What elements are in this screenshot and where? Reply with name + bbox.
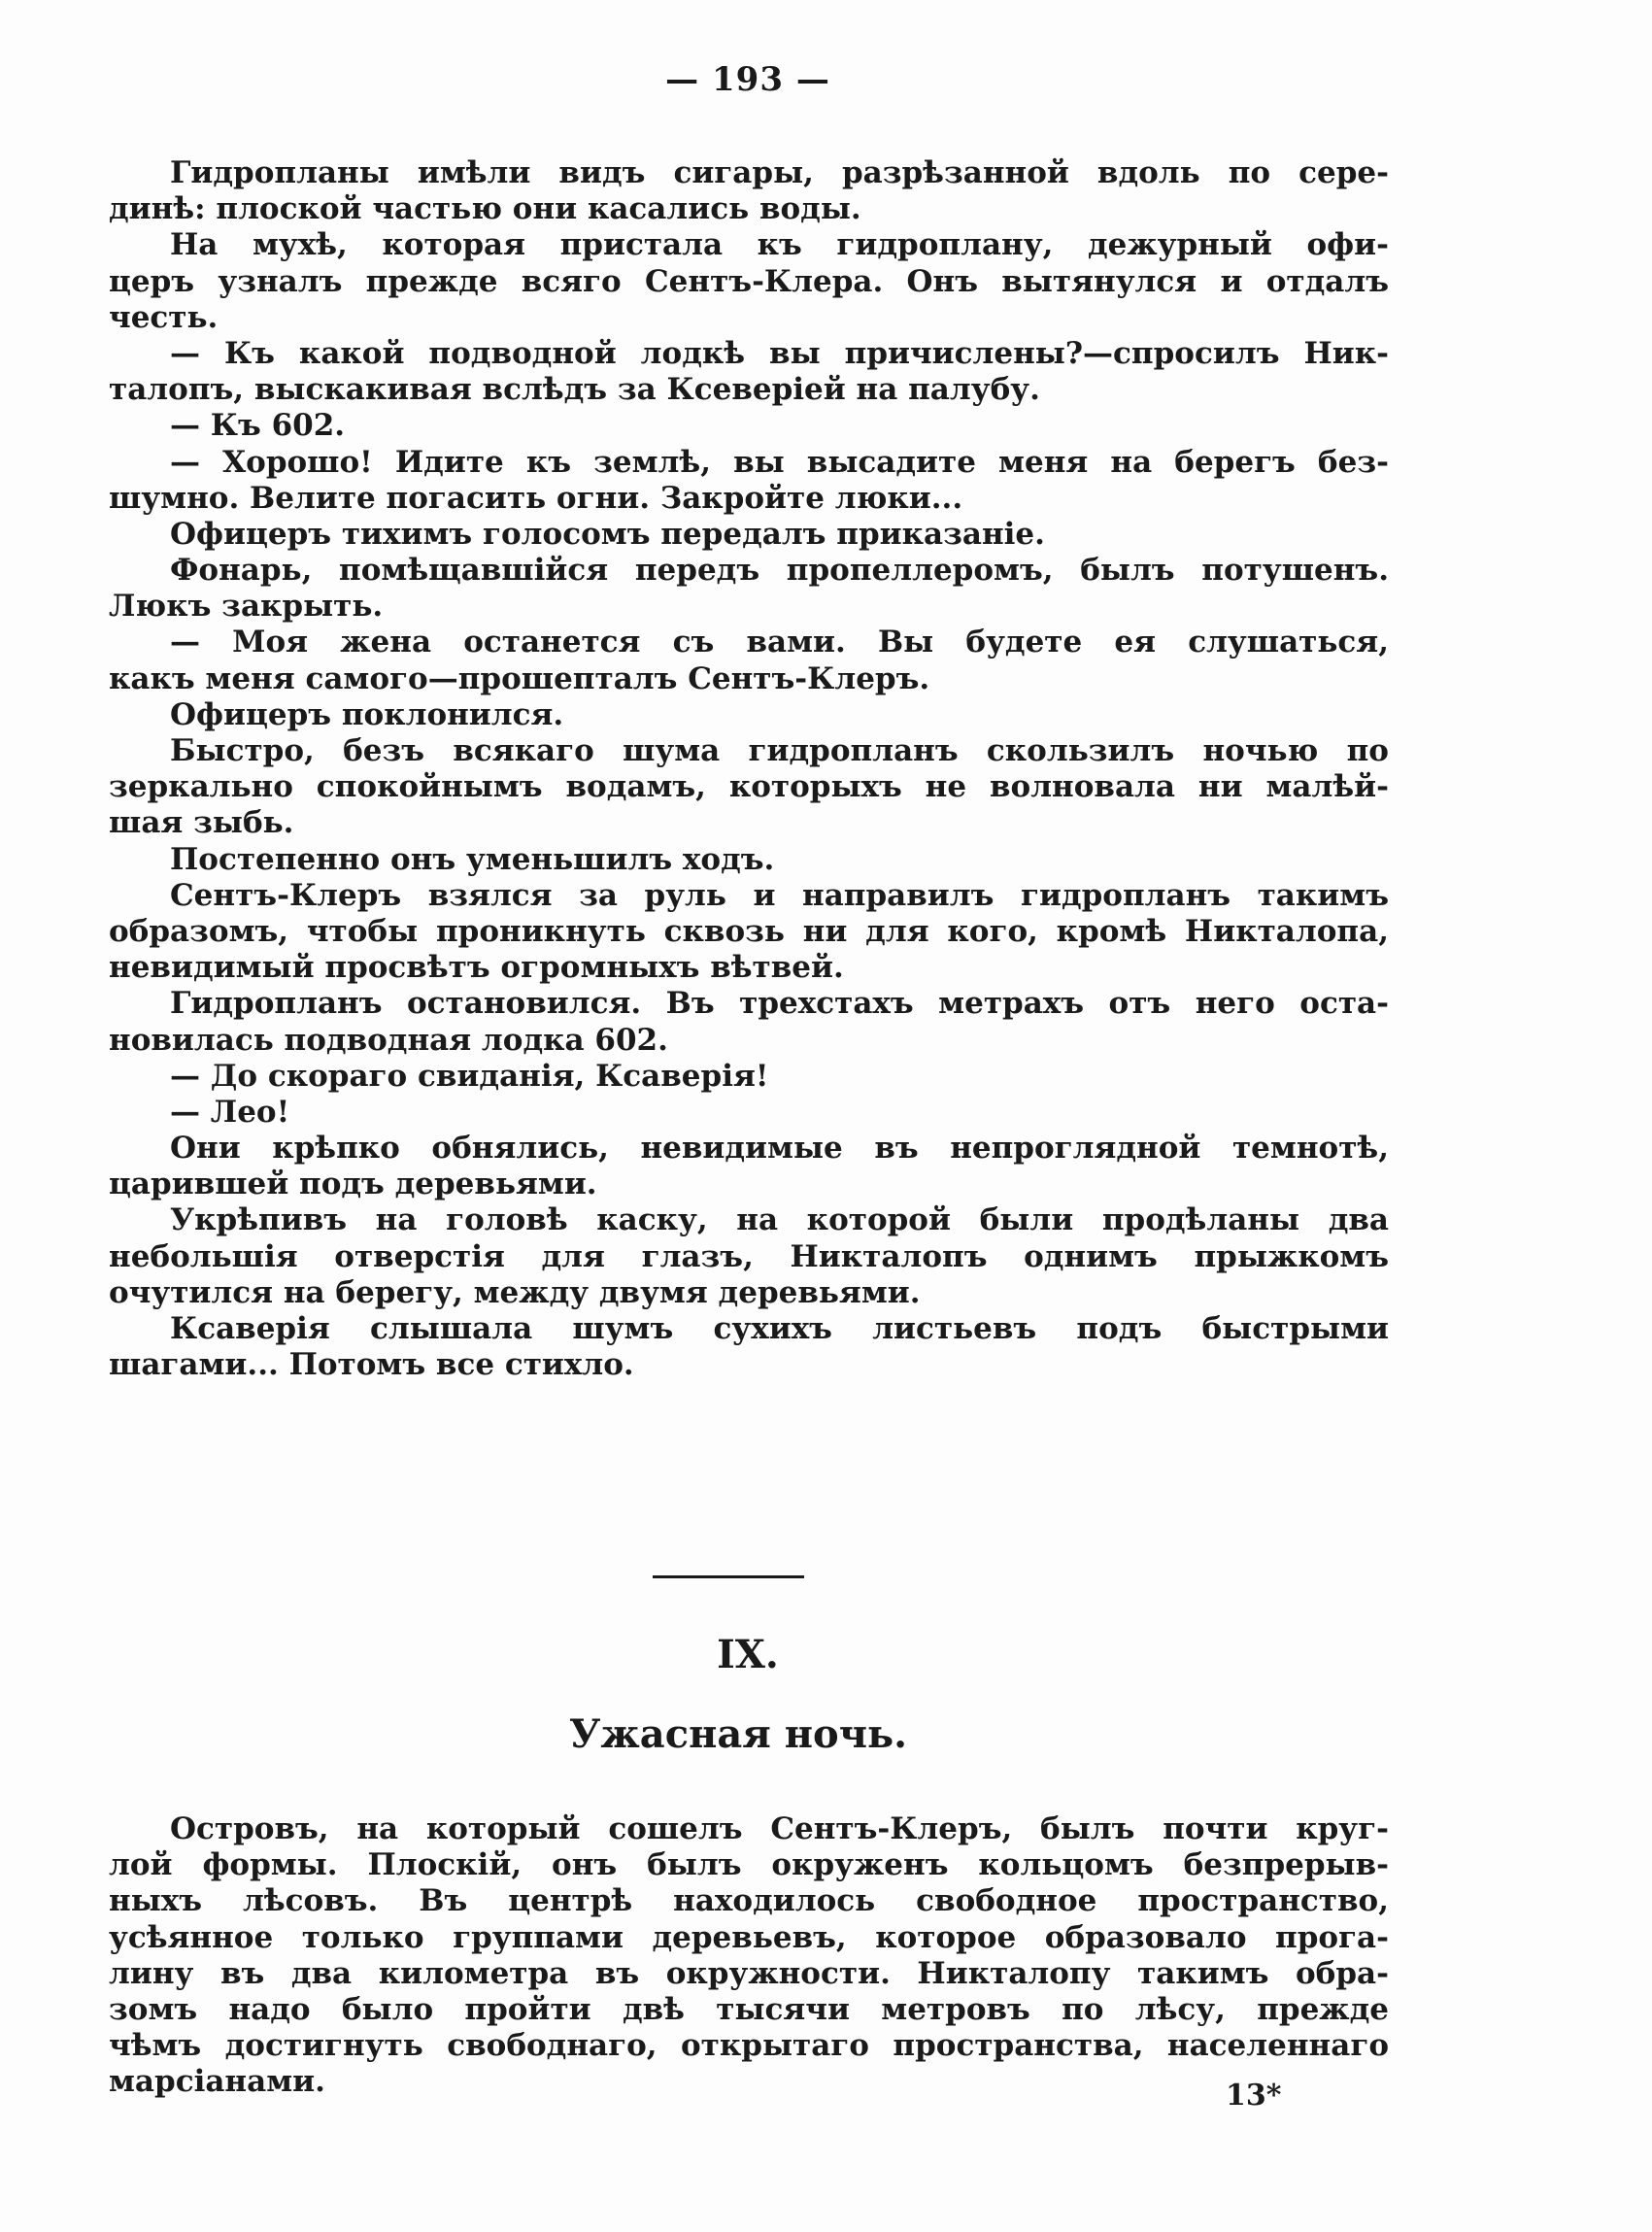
- body-text-section-b: Островъ, на который сошелъ Сентъ-Клеръ, …: [109, 1811, 1389, 2101]
- text-line: — Лео!: [109, 1095, 1389, 1131]
- section-divider-rule: [653, 1575, 804, 1578]
- text-line: — Хорошо! Идите къ землѣ, вы высадите ме…: [109, 445, 1389, 481]
- book-page: — 193 — Гидропланы имѣли видъ сигары, ра…: [0, 0, 1652, 2232]
- text-line: невидимый просвѣтъ огромныхъ вѣтвей.: [109, 950, 1389, 986]
- text-line: усѣянное только группами деревьевъ, кото…: [109, 1920, 1389, 1956]
- text-line: Гидропланы имѣли видъ сигары, разрѣзанно…: [109, 155, 1389, 191]
- text-line: Быстро, безъ всякаго шума гидропланъ ско…: [109, 733, 1389, 769]
- text-line: Офицеръ тихимъ голосомъ передалъ приказа…: [109, 517, 1389, 553]
- chapter-number: IX.: [0, 1632, 1496, 1677]
- text-line: Постепенно онъ уменьшилъ ходъ.: [109, 842, 1389, 878]
- text-line: честь.: [109, 300, 1389, 336]
- text-line: зеркально спокойнымъ водамъ, которыхъ не…: [109, 769, 1389, 805]
- text-line: церъ узналъ прежде всяго Сентъ-Клера. Он…: [109, 264, 1389, 300]
- text-line: новилась подводная лодка 602.: [109, 1023, 1389, 1059]
- text-line: лину въ два километра въ окружности. Ник…: [109, 1956, 1389, 1992]
- text-line: Укрѣпивъ на головѣ каску, на которой был…: [109, 1202, 1389, 1238]
- page-number: — 193 —: [0, 60, 1496, 99]
- text-line: Люкъ закрыть.: [109, 589, 1389, 625]
- body-text-section-a: Гидропланы имѣли видъ сигары, разрѣзанно…: [109, 155, 1389, 1383]
- text-line: небольшія отверстія для глазъ, Никталопъ…: [109, 1239, 1389, 1275]
- text-line: талопъ, выскакивая вслѣдъ за Ксеверіей н…: [109, 372, 1389, 408]
- text-line: Сентъ-Клеръ взялся за руль и направилъ г…: [109, 878, 1389, 914]
- text-line: какъ меня самого—прошепталъ Сентъ-Клеръ.: [109, 661, 1389, 697]
- text-line: ныхъ лѣсовъ. Въ центрѣ находилось свобод…: [109, 1883, 1389, 1919]
- text-line: — До скораго свиданія, Ксаверія!: [109, 1059, 1389, 1095]
- text-line: марсіанами.: [109, 2064, 1389, 2100]
- text-line: царившей подъ деревьями.: [109, 1167, 1389, 1202]
- text-line: лой формы. Плоскій, онъ былъ окруженъ ко…: [109, 1847, 1389, 1883]
- text-line: На мухѣ, которая пристала къ гидроплану,…: [109, 227, 1389, 263]
- text-line: Фонарь, помѣщавшійся передъ пропеллеромъ…: [109, 553, 1389, 589]
- text-line: Они крѣпко обнялись, невидимые въ непрог…: [109, 1131, 1389, 1167]
- text-line: — Моя жена останется съ вами. Вы будете …: [109, 625, 1389, 660]
- text-line: очутился на берегу, между двумя деревьям…: [109, 1275, 1389, 1311]
- printer-signature-mark: 13*: [1226, 2079, 1281, 2113]
- text-line: образомъ, чтобы проникнуть сквозь ни для…: [109, 914, 1389, 950]
- text-line: Гидропланъ остановился. Въ трехстахъ мет…: [109, 986, 1389, 1022]
- text-line: Офицеръ поклонился.: [109, 697, 1389, 733]
- text-line: шагами... Потомъ все стихло.: [109, 1347, 1389, 1383]
- text-line: динѣ: плоской частью они касались воды.: [109, 191, 1389, 227]
- text-line: Островъ, на который сошелъ Сентъ-Клеръ, …: [109, 1811, 1389, 1847]
- text-line: Ксаверія слышала шумъ сухихъ листьевъ по…: [109, 1311, 1389, 1347]
- text-line: шумно. Велите погасить огни. Закройте лю…: [109, 481, 1389, 517]
- text-line: — Къ какой подводной лодкѣ вы причислены…: [109, 336, 1389, 372]
- text-line: чѣмъ достигнуть свободнаго, открытаго пр…: [109, 2028, 1389, 2064]
- text-line: шая зыбь.: [109, 805, 1389, 841]
- chapter-title: Ужасная ночь.: [0, 1711, 1476, 1757]
- text-line: зомъ надо было пройти двѣ тысячи метровъ…: [109, 1992, 1389, 2028]
- text-line: — Къ 602.: [109, 408, 1389, 444]
